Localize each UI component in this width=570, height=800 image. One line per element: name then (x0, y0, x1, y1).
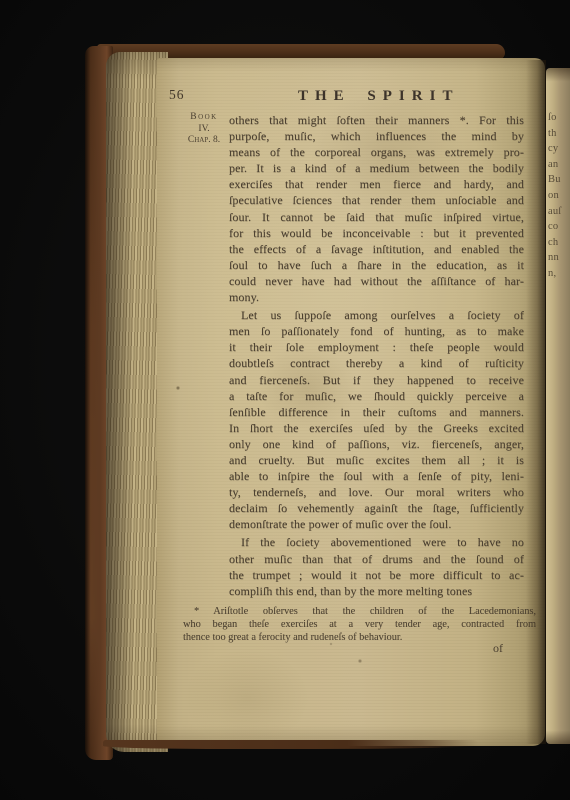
text-line: exerciſes that render men fierce and har… (229, 176, 524, 192)
catchword: of (493, 641, 503, 656)
facing-page-text-fragment: n, (548, 266, 569, 282)
facing-page-text-fragment: ſo (548, 110, 569, 126)
book-cover-bottom-edge (103, 740, 479, 749)
facing-page-text-fragment: nn (548, 250, 569, 266)
text-line: could never have had without the aſſiſta… (229, 273, 524, 289)
facing-page-text-fragment: th (548, 126, 569, 142)
text-line: mony. (229, 289, 524, 305)
text-line: ſour. It cannot be ſaid that muſic inſpi… (229, 209, 524, 225)
text-line: men ſo paſſionately fond of hunting, as … (229, 323, 524, 339)
text-line: ſoul to have ſuch a ſhare in the educati… (229, 257, 524, 273)
paragraph: If the ſociety abovementioned were to ha… (229, 534, 524, 598)
margin-note-book: Book (176, 112, 232, 124)
text-line: for this would be inconceivable : but it… (229, 225, 524, 241)
text-line: declaim ſo vehemently againſt the ſtage,… (229, 500, 524, 516)
page-number: 56 (169, 87, 185, 103)
facing-page-text-fragments: ſothcyanBuonauſcochnnn, (548, 110, 569, 282)
text-line: able to inſpire the ſoul with a ſenſe of… (229, 468, 524, 484)
text-line: ſpeculative ſciences that render them un… (229, 192, 524, 208)
text-line: a taſte for muſic, we ſhould quickly per… (229, 388, 524, 404)
text-line: thence too great a ferocity and rudeneſs… (183, 631, 536, 644)
text-line: the trumpet ; would it not be more diffi… (229, 567, 524, 583)
text-line: demonſtrate the power of muſic over the … (229, 516, 524, 532)
facing-page-text-fragment: auſ (548, 204, 569, 220)
text-line: who began theſe exerciſes at a very tend… (183, 618, 536, 631)
text-line: it their ſole employment : theſe people … (229, 339, 524, 355)
text-line: other muſic than that of drums and the ſ… (229, 551, 524, 567)
page-body-text: others that might ſoften their manners *… (229, 112, 524, 599)
margin-note-book-number: IV. (176, 124, 232, 136)
text-line: In ſhort the exerciſes uſed by the Greek… (229, 420, 524, 436)
text-line: only one kind of paſſions, viz. fiercene… (229, 436, 524, 452)
facing-page-text-fragment: on (548, 188, 569, 204)
text-line: and cruelty. But muſic excites them all … (229, 452, 524, 468)
text-line: doubtleſs contract thereby a kind of ruſ… (229, 355, 524, 371)
facing-page-text-fragment: cy (548, 141, 569, 157)
text-line: the effects of a ſavage inſtitution, and… (229, 241, 524, 257)
text-line: purpoſe, muſic, which influences the min… (229, 128, 524, 144)
text-line: ſenſible difference in their cuſtoms and… (229, 404, 524, 420)
margin-note: Book IV. Chap. 8. (176, 112, 232, 147)
text-line: If the ſociety abovementioned were to ha… (229, 534, 524, 550)
text-line: means of the corporeal organs, was extre… (229, 144, 524, 160)
book-photo-scene: 56 THE SPIRIT Book IV. Chap. 8. others t… (0, 0, 570, 800)
running-title: THE SPIRIT (298, 88, 459, 105)
book-page: 56 THE SPIRIT Book IV. Chap. 8. others t… (157, 58, 545, 746)
footnote: * Ariſtotle obſerves that the children o… (183, 605, 536, 645)
paragraph: Let us ſuppoſe among ourſelves a ſociety… (229, 307, 524, 532)
facing-page-text-fragment: ch (548, 235, 569, 251)
facing-page-text-fragment: an (548, 157, 569, 173)
facing-page-text-fragment: co (548, 219, 569, 235)
paragraph: others that might ſoften their manners *… (229, 112, 524, 305)
facing-page-text-fragment: Bu (548, 172, 569, 188)
text-line: compliſh this end, than by the more melt… (229, 583, 524, 599)
facing-page-edge: ſothcyanBuonauſcochnnn, (546, 68, 570, 744)
text-line: ty, tenderneſs, and love. Our moral writ… (229, 484, 524, 500)
text-line: Let us ſuppoſe among ourſelves a ſociety… (229, 307, 524, 323)
text-line: others that might ſoften their manners *… (229, 112, 524, 128)
text-line: * Ariſtotle obſerves that the children o… (183, 605, 536, 618)
text-line: per. It is a kind of a medium between th… (229, 160, 524, 176)
gutter-shadow (526, 60, 546, 744)
text-line: and fierceneſs. But if they happened to … (229, 372, 524, 388)
margin-note-chapter: Chap. 8. (176, 135, 232, 147)
